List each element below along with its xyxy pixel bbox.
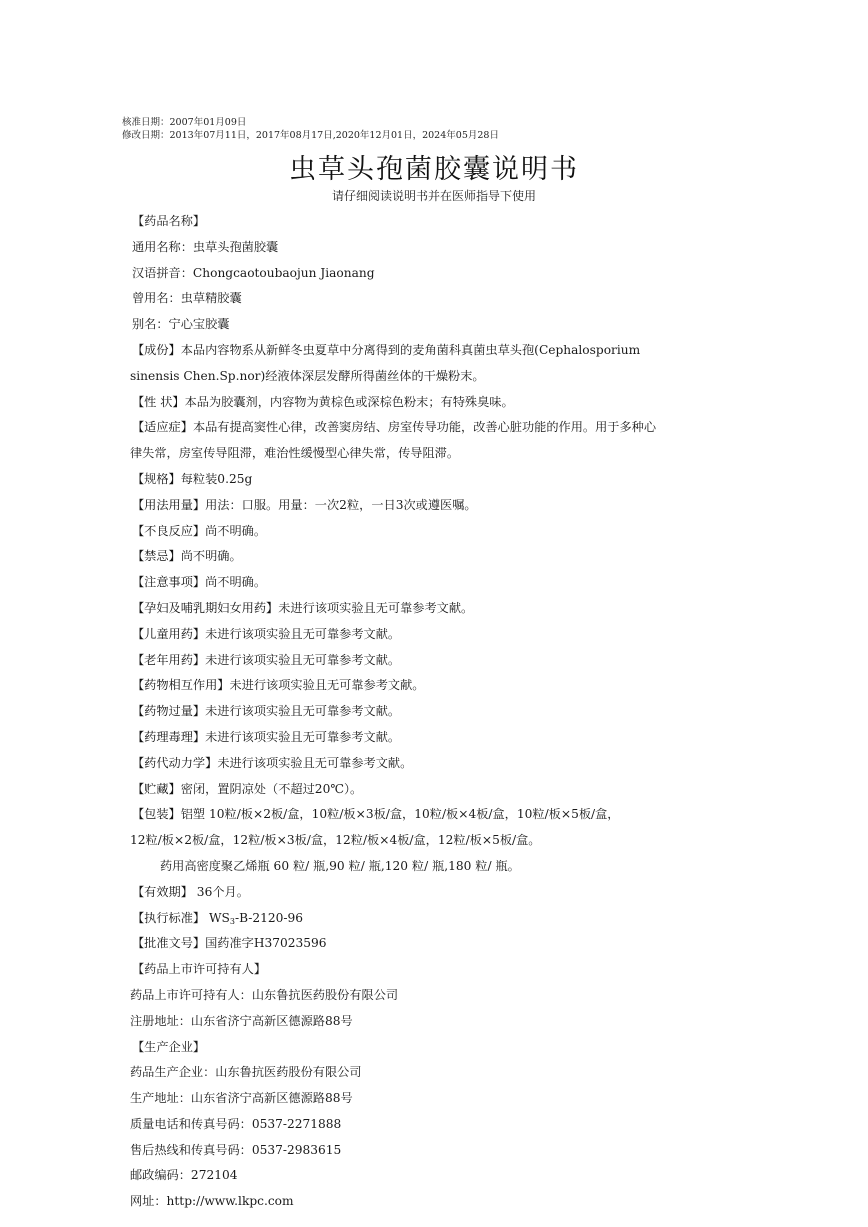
section-heading-contraindications: 【禁忌】 — [132, 549, 181, 563]
mah-registered-address: 注册地址：山东省济宁高新区德源路88号 — [130, 1009, 732, 1035]
section-heading-storage: 【贮藏】 — [132, 782, 181, 796]
specification-text: 每粒装0.25g — [181, 472, 253, 486]
section-contraindications: 【禁忌】尚不明确。 — [132, 544, 732, 570]
section-indications: 【适应症】本品有提高窦性心律，改善窦房结、房室传导功能，改善心脏功能的作用。用于… — [132, 415, 732, 441]
document-body: 【药品名称】 通用名称：虫草头孢菌胶囊 汉语拼音：Chongcaotoubaoj… — [132, 209, 732, 1215]
section-heading-manufacturer: 【生产企业】 — [132, 1035, 732, 1061]
document-dates: 核准日期：2007年01月09日 修改日期：2013年07月11日，2017年0… — [122, 116, 499, 142]
section-heading-precautions: 【注意事项】 — [132, 575, 205, 589]
section-heading-indications: 【适应症】 — [132, 420, 193, 434]
adverse-reactions-text: 尚不明确。 — [205, 524, 266, 538]
revision-dates: 2013年07月11日，2017年08月17日,2020年12月01日，2024… — [170, 130, 499, 141]
section-interactions: 【药物相互作用】未进行该项实验且无可靠参考文献。 — [132, 673, 732, 699]
section-heading-drug-name: 【药品名称】 — [132, 209, 732, 235]
indications-text-2: 律失常，房室传导阻滞，难治性缓慢型心律失常，传导阻滞。 — [130, 441, 732, 467]
document-page: 核准日期：2007年01月09日 修改日期：2013年07月11日，2017年0… — [0, 0, 868, 1227]
standard-prefix: WS — [205, 911, 230, 925]
section-pediatric: 【儿童用药】未进行该项实验且无可靠参考文献。 — [132, 622, 732, 648]
storage-text: 密闭，置阴凉处（不超过20℃）。 — [181, 782, 362, 796]
section-heading-dosage: 【用法用量】 — [132, 498, 205, 512]
alias-name: 别名：宁心宝胶囊 — [132, 312, 732, 338]
approval-date-label: 核准日期： — [122, 117, 170, 128]
section-heading-packaging: 【包装】 — [132, 807, 181, 821]
section-geriatric: 【老年用药】未进行该项实验且无可靠参考文献。 — [132, 648, 732, 674]
section-heading-composition: 【成份】 — [132, 343, 181, 357]
section-pharmacokinetics: 【药代动力学】未进行该项实验且无可靠参考文献。 — [132, 751, 732, 777]
aftersales-phone: 售后热线和传真号码：0537-2983615 — [130, 1138, 732, 1164]
section-composition: 【成份】本品内容物系从新鲜冬虫夏草中分离得到的麦角菌科真菌虫草头孢(Cephal… — [132, 338, 732, 364]
revision-date-label: 修改日期： — [122, 130, 170, 141]
section-specification: 【规格】每粒装0.25g — [132, 467, 732, 493]
precautions-text: 尚不明确。 — [205, 575, 266, 589]
section-heading-description: 【性 状】 — [132, 395, 185, 409]
packaging-text-2: 12粒/板×2板/盒，12粒/板×3板/盒，12粒/板×4板/盒，12粒/板×5… — [130, 828, 732, 854]
section-heading-mah: 【药品上市许可持有人】 — [132, 957, 732, 983]
section-pregnancy: 【孕妇及哺乳期妇女用药】未进行该项实验且无可靠参考文献。 — [132, 596, 732, 622]
section-dosage: 【用法用量】用法：口服。用量：一次2粒，一日3次或遵医嘱。 — [132, 493, 732, 519]
section-heading-pharmacokinetics: 【药代动力学】 — [132, 756, 217, 770]
section-storage: 【贮藏】密闭，置阴凉处（不超过20℃）。 — [132, 777, 732, 803]
section-standard: 【执行标准】 WS3-B-2120-96 — [132, 906, 732, 932]
approval-date-line: 核准日期：2007年01月09日 — [122, 116, 499, 129]
interactions-text: 未进行该项实验且无可靠参考文献。 — [230, 678, 425, 692]
section-toxicology: 【药理毒理】未进行该项实验且无可靠参考文献。 — [132, 725, 732, 751]
pharmacokinetics-text: 未进行该项实验且无可靠参考文献。 — [217, 756, 412, 770]
section-overdose: 【药物过量】未进行该项实验且无可靠参考文献。 — [132, 699, 732, 725]
section-heading-toxicology: 【药理毒理】 — [132, 730, 205, 744]
shelf-life-text: 36个月。 — [193, 885, 249, 899]
toxicology-text: 未进行该项实验且无可靠参考文献。 — [205, 730, 400, 744]
approval-number-text: 国药准字H37023596 — [205, 936, 326, 950]
section-heading-pediatric: 【儿童用药】 — [132, 627, 205, 641]
description-text: 本品为胶囊剂，内容物为黄棕色或深棕色粉末；有特殊臭味。 — [185, 395, 514, 409]
section-precautions: 【注意事项】尚不明确。 — [132, 570, 732, 596]
section-shelf-life: 【有效期】 36个月。 — [132, 880, 732, 906]
quality-phone: 质量电话和传真号码：0537-2271888 — [130, 1112, 732, 1138]
section-approval-number: 【批准文号】国药准字H37023596 — [132, 931, 732, 957]
packaging-text-1: 铝塑 10粒/板×2板/盒，10粒/板×3板/盒，10粒/板×4板/盒，10粒/… — [181, 807, 620, 821]
pregnancy-text: 未进行该项实验且无可靠参考文献。 — [278, 601, 473, 615]
packaging-text-3: 药用高密度聚乙烯瓶 60 粒/ 瓶,90 粒/ 瓶,120 粒/ 瓶,180 粒… — [132, 854, 732, 880]
geriatric-text: 未进行该项实验且无可靠参考文献。 — [205, 653, 400, 667]
section-heading-standard: 【执行标准】 — [132, 911, 205, 925]
contraindications-text: 尚不明确。 — [181, 549, 242, 563]
section-packaging: 【包装】铝塑 10粒/板×2板/盒，10粒/板×3板/盒，10粒/板×4板/盒，… — [132, 802, 732, 828]
overdose-text: 未进行该项实验且无可靠参考文献。 — [205, 704, 400, 718]
indications-text-1: 本品有提高窦性心律，改善窦房结、房室传导功能，改善心脏功能的作用。用于多种心 — [193, 420, 656, 434]
revision-date-line: 修改日期：2013年07月11日，2017年08月17日,2020年12月01日… — [122, 129, 499, 142]
pediatric-text: 未进行该项实验且无可靠参考文献。 — [205, 627, 400, 641]
section-heading-overdose: 【药物过量】 — [132, 704, 205, 718]
section-heading-pregnancy: 【孕妇及哺乳期妇女用药】 — [132, 601, 278, 615]
composition-text-2: sinensis Chen.Sp.nor)经液体深层发酵所得菌丝体的干燥粉末。 — [130, 364, 732, 390]
section-heading-shelf-life: 【有效期】 — [132, 885, 193, 899]
section-heading-geriatric: 【老年用药】 — [132, 653, 205, 667]
manufacturer-name: 药品生产企业：山东鲁抗医药股份有限公司 — [130, 1060, 732, 1086]
pinyin-name: 汉语拼音：Chongcaotoubaojun Jiaonang — [132, 261, 732, 287]
section-heading-approval-number: 【批准文号】 — [132, 936, 205, 950]
standard-suffix: -B-2120-96 — [235, 911, 303, 925]
former-name: 曾用名：虫草精胶囊 — [132, 286, 732, 312]
website: 网址：http://www.lkpc.com — [130, 1189, 732, 1215]
approval-date: 2007年01月09日 — [170, 117, 247, 128]
section-heading-adverse-reactions: 【不良反应】 — [132, 524, 205, 538]
generic-name: 通用名称：虫草头孢菌胶囊 — [132, 235, 732, 261]
document-title: 虫草头孢菌胶囊说明书 — [0, 152, 868, 188]
section-heading-interactions: 【药物相互作用】 — [132, 678, 230, 692]
section-description: 【性 状】本品为胶囊剂，内容物为黄棕色或深棕色粉末；有特殊臭味。 — [132, 390, 732, 416]
postal-code: 邮政编码：272104 — [130, 1163, 732, 1189]
dosage-text: 用法：口服。用量：一次2粒，一日3次或遵医嘱。 — [205, 498, 476, 512]
section-adverse-reactions: 【不良反应】尚不明确。 — [132, 519, 732, 545]
mah-holder: 药品上市许可持有人：山东鲁抗医药股份有限公司 — [130, 983, 732, 1009]
document-subtitle: 请仔细阅读说明书并在医师指导下使用 — [0, 188, 868, 204]
section-heading-specification: 【规格】 — [132, 472, 181, 486]
composition-text-1: 本品内容物系从新鲜冬虫夏草中分离得到的麦角菌科真菌虫草头孢(Cephalospo… — [181, 343, 640, 357]
manufacturer-address: 生产地址：山东省济宁高新区德源路88号 — [130, 1086, 732, 1112]
